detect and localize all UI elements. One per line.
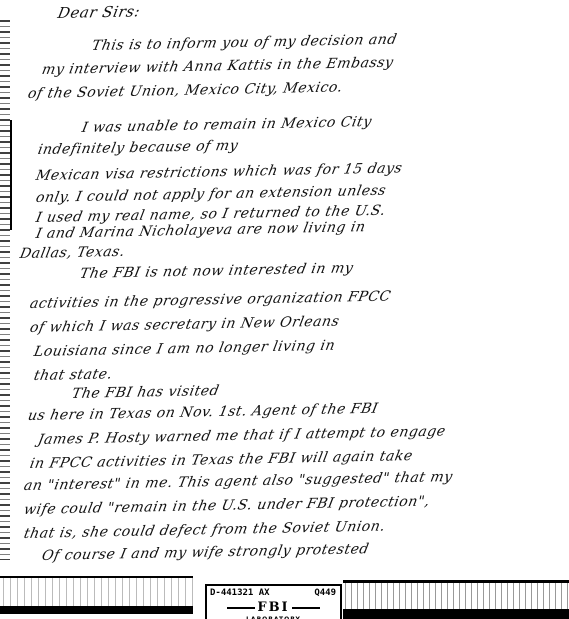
stamp-code: Q449 [314,588,336,598]
stamp-id: D-441321 AX [210,588,270,598]
scanned-letter-page: Dear Sirs: This is to inform you of my d… [0,0,569,619]
letter-line: of which I was secretary in New Orleans [28,314,340,336]
letter-line: The FBI is not now interested in my [78,260,354,282]
fbi-evidence-stamp: D-441321 AX Q449 FBI LABORATORY [205,584,342,619]
scan-margin-artifact [0,20,10,560]
letter-line: James P. Hosty warned me that if I attem… [36,424,447,448]
letter-line: This is to inform you of my decision and [90,32,398,54]
letter-line: Louisiana since I am no longer living in [32,338,336,360]
letter-line: an "interest" in me. This agent also "su… [22,469,454,494]
letter-line: of the Soviet Union, Mexico City, Mexico… [26,79,344,102]
scan-footer-right [343,580,569,619]
scan-footer-left [0,576,193,614]
letter-line: us here in Texas on Nov. 1st. Agent of t… [26,401,379,424]
salutation: Dear Sirs: [56,2,142,22]
letter-line: The FBI has visited [70,383,220,402]
letter-line: in FPCC activities in Texas the FBI will… [28,448,414,472]
letter-line: that is, she could defect from the Sovie… [22,518,386,542]
scan-margin-line [10,120,12,230]
letter-line: my interview with Anna Kattis in the Emb… [40,55,394,78]
letter-line: only. I could not apply for an extension… [34,183,387,206]
letter-line: that state. [32,366,113,384]
letter-line: activities in the progressive organizati… [28,288,392,312]
letter-line: I was unable to remain in Mexico City [80,114,373,136]
letter-line: Mexican visa restrictions which was for … [34,160,403,184]
letter-line: indefinitely because of my [36,138,239,158]
fbi-logo: FBI [207,600,340,615]
letter-line: Of course I and my wife strongly protest… [40,541,370,564]
letter-line: wife could "remain in the U.S. under FBI… [22,494,431,518]
letter-line: Dallas, Texas. [18,244,126,262]
